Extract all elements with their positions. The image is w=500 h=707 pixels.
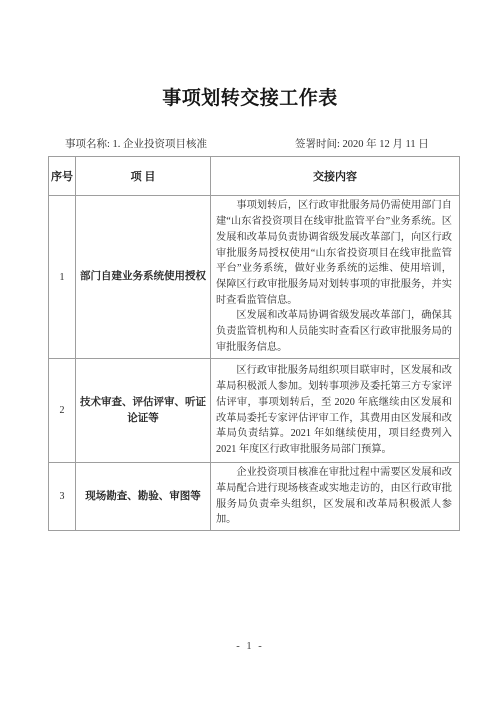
header-cell-content: 交接内容 xyxy=(211,157,460,196)
row-content: 区行政审批服务局组织项目联审时，区发展和改革局积极派人参加。划转事项涉及委托第三… xyxy=(211,359,460,463)
table-header-row: 序号 项 目 交接内容 xyxy=(49,157,460,196)
document-page: 事项划转交接工作表 事项名称: 1. 企业投资项目核准 签署时间: 2020 年… xyxy=(0,0,500,707)
header-cell-item: 项 目 xyxy=(76,157,211,196)
sign-date-field: 签署时间: 2020 年 12 月 11 日 xyxy=(295,136,429,151)
row-content: 企业投资项目核准在审批过程中需要区发展和改革局配合进行现场核查或实地走访的，由区… xyxy=(211,463,460,531)
row-item: 技术审查、评估评审、听证论证等 xyxy=(76,359,211,463)
sign-date-label: 签署时间: xyxy=(295,139,343,150)
row-number: 1 xyxy=(49,196,76,359)
header-cell-no: 序号 xyxy=(49,157,76,196)
row-item: 部门自建业务系统使用授权 xyxy=(76,196,211,359)
table-row: 3 现场勘查、勘验、审图等 企业投资项目核准在审批过程中需要区发展和改革局配合进… xyxy=(49,463,460,531)
page-number: - 1 - xyxy=(0,641,500,652)
page-title: 事项划转交接工作表 xyxy=(0,83,500,110)
row-content: 事项划转后，区行政审批服务局仍需使用部门自建“山东省投资项目在线审批监管平台”业… xyxy=(211,196,460,359)
item-name-value: 1. 企业投资项目核准 xyxy=(113,139,208,150)
table-row: 1 部门自建业务系统使用授权 事项划转后，区行政审批服务局仍需使用部门自建“山东… xyxy=(49,196,460,359)
item-name-label: 事项名称: xyxy=(65,139,113,150)
item-name-field: 事项名称: 1. 企业投资项目核准 xyxy=(65,136,207,151)
table-row: 2 技术审查、评估评审、听证论证等 区行政审批服务局组织项目联审时，区发展和改革… xyxy=(49,359,460,463)
sign-date-value: 2020 年 12 月 11 日 xyxy=(343,139,429,150)
content-paragraph: 事项划转后，区行政审批服务局仍需使用部门自建“山东省投资项目在线审批监管平台”业… xyxy=(216,198,452,308)
row-number: 3 xyxy=(49,463,76,531)
content-paragraph: 企业投资项目核准在审批过程中需要区发展和改革局配合进行现场核查或实地走访的，由区… xyxy=(216,465,452,528)
content-paragraph: 区行政审批服务局组织项目联审时，区发展和改革局积极派人参加。划转事项涉及委托第三… xyxy=(216,363,452,457)
handover-table: 序号 项 目 交接内容 1 部门自建业务系统使用授权 事项划转后，区行政审批服务… xyxy=(48,156,460,531)
row-item: 现场勘查、勘验、审图等 xyxy=(76,463,211,531)
row-number: 2 xyxy=(49,359,76,463)
content-paragraph: 区发展和改革局协调省级发展改革部门，确保其负责监管机构和人员能实时查看区行政审批… xyxy=(216,308,452,355)
